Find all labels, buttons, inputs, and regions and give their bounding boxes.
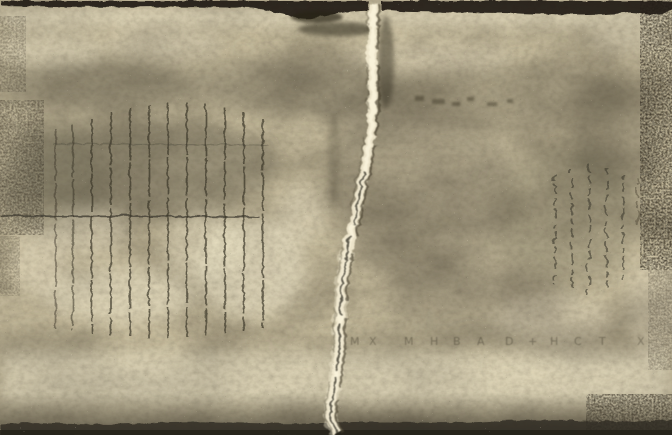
specimen-photograph: M X M H B A D + H C T X	[0, 0, 672, 435]
cream-grain-overlay	[0, 0, 672, 435]
photo-canvas: M X M H B A D + H C T X	[0, 0, 672, 435]
